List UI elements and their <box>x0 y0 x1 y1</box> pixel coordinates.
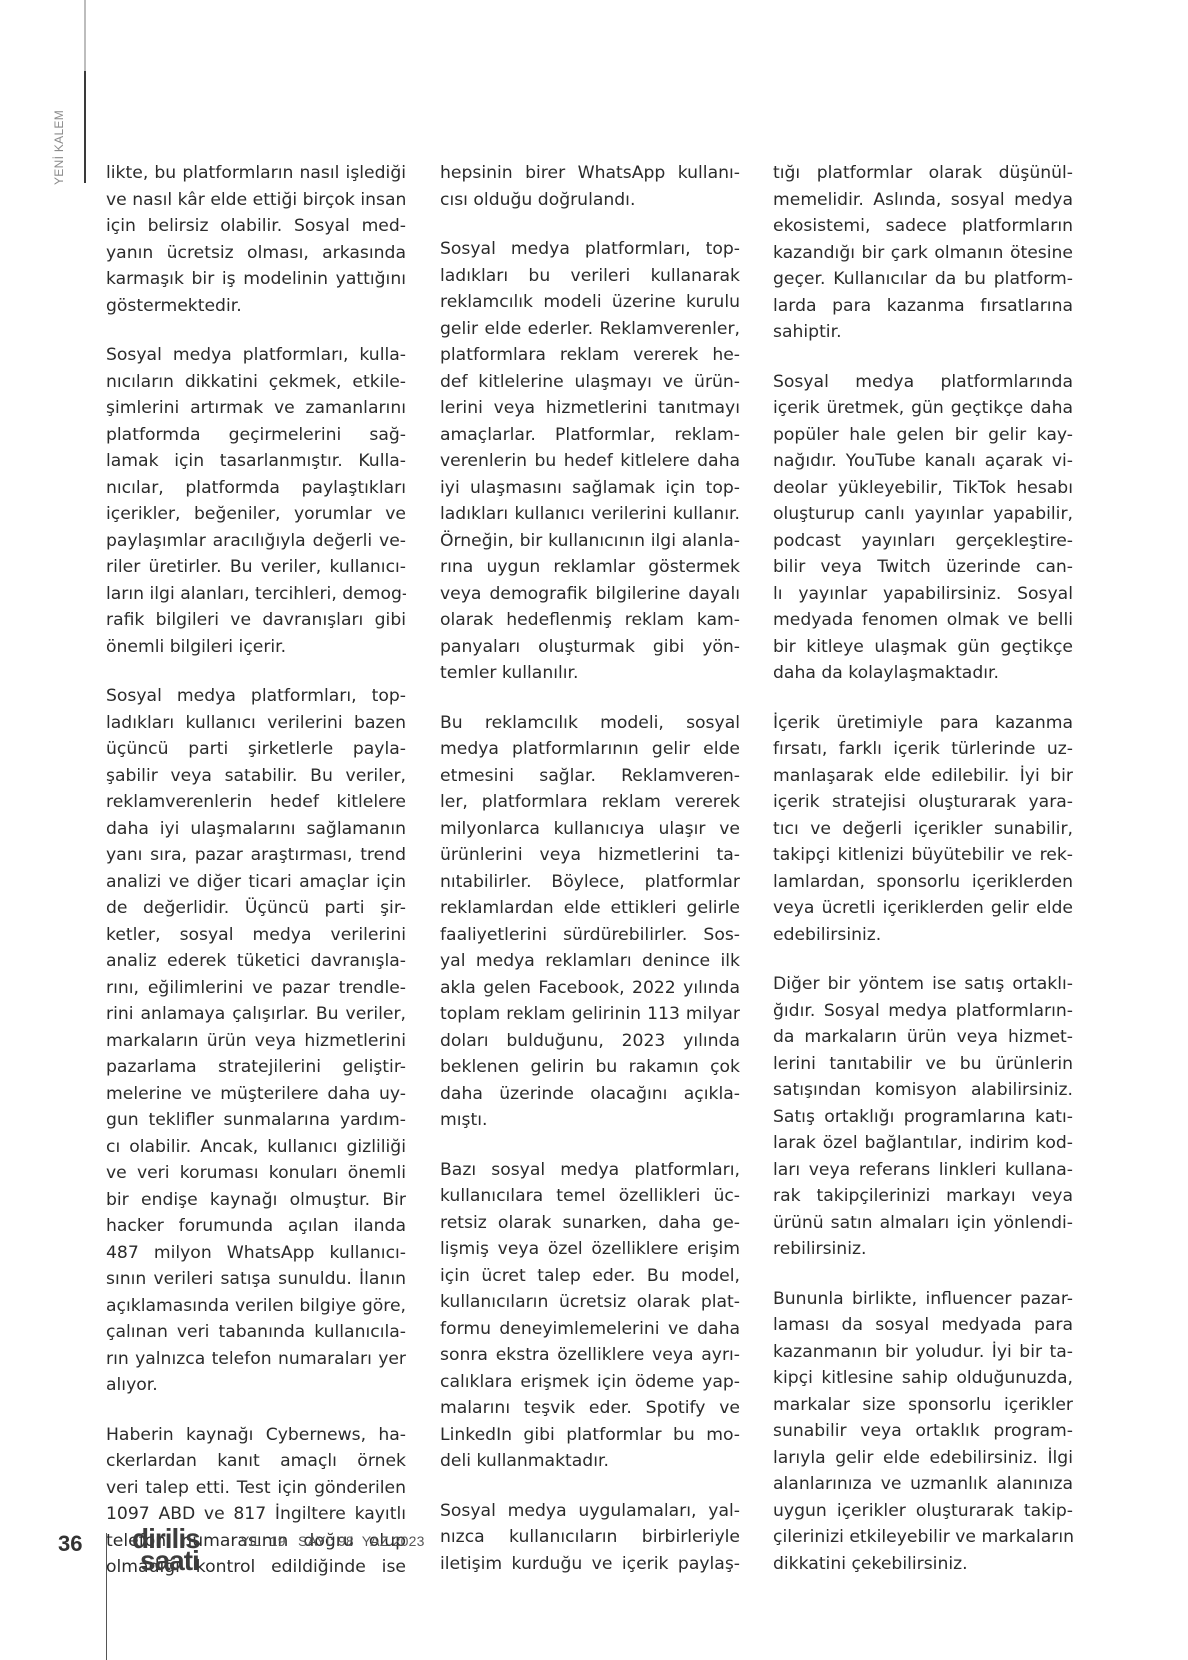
text-line: nızca kullanıcıların birbirleriyle <box>440 1524 740 1551</box>
text-line: larda para kazanma fırsatlarına <box>773 293 1073 320</box>
text-line: sonra ekstra özelliklere veya ayrı- <box>440 1342 740 1369</box>
text-line: markaların ürün veya hizmetlerini <box>106 1028 406 1055</box>
text-line: ürünü satın almaları için yönlendi- <box>773 1210 1073 1237</box>
text-line: için belirsiz olabilir. Sosyal med- <box>106 213 406 240</box>
text-line: sunabilir veya ortaklık program- <box>773 1418 1073 1445</box>
text-line: alıyor. <box>106 1372 406 1399</box>
text-line: deli kullanmaktadır. <box>440 1448 740 1475</box>
magazine-logo: dirilis saati <box>132 1528 200 1572</box>
paragraph: Bununla birlikte, influencer pazar-lamas… <box>773 1286 1073 1578</box>
text-line: içerikler, beğeniler, yorumlar ve <box>106 501 406 528</box>
text-line: beklenen gelirin bu rakamın çok <box>440 1054 740 1081</box>
text-line: üçüncü parti şirketlerle payla- <box>106 736 406 763</box>
section-label: YENİ KALEM <box>52 85 72 185</box>
text-line: platformda geçirmelerini sağ- <box>106 422 406 449</box>
text-line: ğıdır. Sosyal medya platformların- <box>773 998 1073 1025</box>
top-rule-light <box>84 0 86 71</box>
text-line: def kitlelerine ulaşmayı ve ürün- <box>440 369 740 396</box>
text-line: laması da sosyal medyada para <box>773 1312 1073 1339</box>
text-line: hepsinin birer WhatsApp kullanı- <box>440 160 740 187</box>
text-line: şimlerini artırmak ve zamanlarını <box>106 395 406 422</box>
text-line: geçer. Kullanıcılar da bu platform- <box>773 266 1073 293</box>
text-line: içerik stratejisi oluşturarak yara- <box>773 789 1073 816</box>
text-line: larıyla gelir elde edebilirsiniz. İlgi <box>773 1445 1073 1472</box>
text-line: ve veri koruması konuları önemli <box>106 1160 406 1187</box>
text-line: amaçlarlar. Platformlar, reklam- <box>440 422 740 449</box>
paragraph: Sosyal medya platformları, top-ladıkları… <box>106 683 406 1399</box>
text-line: etmesini sağlar. Reklamveren- <box>440 763 740 790</box>
text-line: daha da kolaylaşmaktadır. <box>773 660 1073 687</box>
text-line: önemli bilgileri içerir. <box>106 634 406 661</box>
text-line: lamak için tasarlanmıştır. Kulla- <box>106 448 406 475</box>
text-line: rına uygun reklamlar göstermek <box>440 554 740 581</box>
text-line: ürünlerini veya hizmetlerini ta- <box>440 842 740 869</box>
text-line: doları bulduğunu, 2023 yılında <box>440 1028 740 1055</box>
text-line: Sosyal medya platformları, kulla- <box>106 342 406 369</box>
text-line: yal medya reklamları denince ilk <box>440 948 740 975</box>
text-line: ketler, sosyal medya verilerini <box>106 922 406 949</box>
text-line: malarını teşvik eder. Spotify ve <box>440 1395 740 1422</box>
text-line: formu deneyimlemelerini ve daha <box>440 1316 740 1343</box>
text-line: verenlerin bu hedef kitlelere daha <box>440 448 740 475</box>
text-line: toplam reklam gelirinin 113 milyar <box>440 1001 740 1028</box>
text-line: ladıkları kullanıcı verilerini bazen <box>106 710 406 737</box>
text-line: temler kullanılır. <box>440 660 740 687</box>
text-line: ler, platformlara reklam vererek <box>440 789 740 816</box>
text-line: rın yalnızca telefon numaraları yer <box>106 1346 406 1373</box>
text-line: cı olabilir. Ancak, kullanıcı gizliliği <box>106 1134 406 1161</box>
text-line: paylaşımlar aracılığıyla değerli ve- <box>106 528 406 555</box>
text-line: dikkatini çekebilirsiniz. <box>773 1551 1073 1578</box>
text-line: tıcı ve değerli içerikler sunabilir, <box>773 816 1073 843</box>
paragraph: Sosyal medya platformlarındaiçerik üretm… <box>773 369 1073 687</box>
text-line: cısı olduğu doğrulandı. <box>440 187 740 214</box>
text-line: lerini veya hizmetlerini tanıtmayı <box>440 395 740 422</box>
text-line: uygun içerikler oluşturarak takip- <box>773 1498 1073 1525</box>
text-line: alanlarınıza ve uzmanlık alanınıza <box>773 1471 1073 1498</box>
text-line: platformlara reklam vererek he- <box>440 342 740 369</box>
text-line: rafik bilgileri ve davranışları gibi <box>106 607 406 634</box>
text-line: rebilirsiniz. <box>773 1236 1073 1263</box>
paragraph: hepsinin birer WhatsApp kullanı-cısı old… <box>440 160 740 213</box>
text-line: rak takipçilerinizi markayı veya <box>773 1183 1073 1210</box>
text-line: rını, eğilimlerini ve pazar trendle- <box>106 975 406 1002</box>
text-line: olarak hedeflenmiş reklam kam- <box>440 607 740 634</box>
text-line: veya demografik bilgilerine dayalı <box>440 581 740 608</box>
text-line: Bu reklamcılık modeli, sosyal <box>440 710 740 737</box>
text-line: Sosyal medya platformları, top- <box>440 236 740 263</box>
text-line: ların ilgi alanları, tercihleri, demog- <box>106 581 406 608</box>
paragraph: Bazı sosyal medya platformları,kullanıcı… <box>440 1157 740 1475</box>
text-line: yanı sıra, pazar araştırması, trend <box>106 842 406 869</box>
text-line: Haberin kaynağı Cybernews, ha- <box>106 1422 406 1449</box>
text-line: nağıdır. YouTube kanalı açarak vi- <box>773 448 1073 475</box>
text-line: Satış ortaklığı programlarına katı- <box>773 1104 1073 1131</box>
text-line: likte, bu platformların nasıl işlediği <box>106 160 406 187</box>
text-line: nıcılar, platformda paylaştıkları <box>106 475 406 502</box>
text-line: ve nasıl kâr elde ettiği birçok insan <box>106 187 406 214</box>
text-line: ladıkları bu verileri kullanarak <box>440 263 740 290</box>
text-line: analiz ederek tüketici davranışla- <box>106 948 406 975</box>
text-line: daha iyi ulaşmalarını sağlamanın <box>106 816 406 843</box>
text-line: retsiz olarak sunarken, daha ge- <box>440 1210 740 1237</box>
paragraph: Diğer bir yöntem ise satış ortaklı-ğıdır… <box>773 971 1073 1263</box>
text-line: İçerik üretimiyle para kazanma <box>773 710 1073 737</box>
paragraph: Sosyal medya uygulamaları, yal-nızca kul… <box>440 1498 740 1578</box>
text-line: iyi ulaşmasını sağlamak için top- <box>440 475 740 502</box>
paragraph: Sosyal medya platformları, top-ladıkları… <box>440 236 740 687</box>
text-line: popüler hale gelen bir gelir kay- <box>773 422 1073 449</box>
text-line: reklamlardan elde ettikleri gelirle <box>440 895 740 922</box>
text-line: kazanmanın bir yoludur. İyi bir ta- <box>773 1339 1073 1366</box>
text-line: gun teklifler sunmalarına yardım- <box>106 1107 406 1134</box>
text-line: sahiptir. <box>773 319 1073 346</box>
text-line: lişmiş veya özel özelliklere erişim <box>440 1236 740 1263</box>
text-line: calıklara erişmek için ödeme yap- <box>440 1369 740 1396</box>
text-line: tığı platformlar olarak düşünül- <box>773 160 1073 187</box>
text-line: lamlardan, sponsorlu içeriklerden <box>773 869 1073 896</box>
text-line: lı yayınlar yapabilirsiniz. Sosyal <box>773 581 1073 608</box>
paragraph: İçerik üretimiyle para kazanmafırsatı, f… <box>773 710 1073 949</box>
text-line: medya platformlarının gelir elde <box>440 736 740 763</box>
paragraph: likte, bu platformların nasıl işlediğive… <box>106 160 406 319</box>
text-line: ladıkları kullanıcı verilerini kullanır. <box>440 501 740 528</box>
text-line: iletişim kurduğu ve içerik paylaş- <box>440 1551 740 1578</box>
text-line: ları veya referans linkleri kullana- <box>773 1157 1073 1184</box>
text-line: melerine ve müşterilere daha uy- <box>106 1081 406 1108</box>
text-line: larak özel bağlantılar, indirim kod- <box>773 1130 1073 1157</box>
text-line: fırsatı, farklı içerik türlerinde uz- <box>773 736 1073 763</box>
text-line: Sosyal medya uygulamaları, yal- <box>440 1498 740 1525</box>
text-line: panyaları oluşturmak gibi yön- <box>440 634 740 661</box>
paragraph: Bu reklamcılık modeli, sosyalmedya platf… <box>440 710 740 1134</box>
text-line: yanın ücretsiz olması, arkasında <box>106 240 406 267</box>
top-rule-dark <box>84 71 86 183</box>
text-line: ekosistemi, sadece platformların <box>773 213 1073 240</box>
text-line: kullanıcılara temel özellikleri üc- <box>440 1183 740 1210</box>
text-line: akla gelen Facebook, 2022 yılında <box>440 975 740 1002</box>
text-line: manlaşarak elde edilebilir. İyi bir <box>773 763 1073 790</box>
text-line: bir kitleye ulaşmak gün geçtikçe <box>773 634 1073 661</box>
footer-rule <box>106 1533 107 1660</box>
page-number: 36 <box>58 1531 82 1557</box>
text-line: riler üretirler. Bu veriler, kullanıcı- <box>106 554 406 581</box>
text-line: milyonlarca kullanıcıya ulaşır ve <box>440 816 740 843</box>
text-line: bir endişe kaynağı olmuştur. Bir <box>106 1187 406 1214</box>
text-line: nıtabilirler. Böylece, platformlar <box>440 869 740 896</box>
text-line: Diğer bir yöntem ise satış ortaklı- <box>773 971 1073 998</box>
text-line: deolar yükleyebilir, TikTok hesabı <box>773 475 1073 502</box>
text-line: ckerlardan kanıt amaçlı örnek <box>106 1448 406 1475</box>
text-line: veya ücretli içeriklerden gelir elde <box>773 895 1073 922</box>
text-line: markalar size sponsorlu içerikler <box>773 1392 1073 1419</box>
text-line: gelir elde ederler. Reklamverenler, <box>440 316 740 343</box>
text-line: bilir veya Twitch üzerinde can- <box>773 554 1073 581</box>
text-line: da markaların ürün veya hizmet- <box>773 1024 1073 1051</box>
text-line: çilerinizi etkileyebilir ve markaların <box>773 1524 1073 1551</box>
text-line: rini anlamaya çalışırlar. Bu veriler, <box>106 1001 406 1028</box>
text-line: de değerlidir. Üçüncü parti şir- <box>106 895 406 922</box>
text-line: Örneğin, bir kullanıcının ilgi alanla- <box>440 528 740 555</box>
text-line: Bazı sosyal medya platformları, <box>440 1157 740 1184</box>
text-line: kipçi kitlesine sahip olduğunuzda, <box>773 1365 1073 1392</box>
text-line: daha üzerinde olacağını açıkla- <box>440 1081 740 1108</box>
text-line: içerik üretmek, gün geçtikçe daha <box>773 395 1073 422</box>
text-line: kazandığı bir çark olmanın ötesine <box>773 240 1073 267</box>
text-line: podcast yayınları gerçekleştire- <box>773 528 1073 555</box>
text-line: Bununla birlikte, influencer pazar- <box>773 1286 1073 1313</box>
text-line: pazarlama stratejilerini geliştir- <box>106 1054 406 1081</box>
text-line: veri talep etti. Test için gönderilen <box>106 1475 406 1502</box>
text-line: edebilirsiniz. <box>773 922 1073 949</box>
text-line: açıklamasında verilen bilgiye göre, <box>106 1293 406 1320</box>
text-line: kullanıcıların ücretsiz olarak plat- <box>440 1289 740 1316</box>
text-column-2: hepsinin birer WhatsApp kullanı-cısı old… <box>440 160 740 1600</box>
paragraph: Sosyal medya platformları, kulla-nıcılar… <box>106 342 406 660</box>
text-line: çalınan veri tabanında kullanıcıla- <box>106 1319 406 1346</box>
text-line: oluşturup canlı yayınlar yapabilir, <box>773 501 1073 528</box>
text-line: 487 milyon WhatsApp kullanıcı- <box>106 1240 406 1267</box>
text-line: takipçi kitlenizi büyütebilir ve rek- <box>773 842 1073 869</box>
text-line: Sosyal medya platformları, top- <box>106 683 406 710</box>
text-line: karmaşık bir iş modelinin yattığını <box>106 266 406 293</box>
text-line: medyada fenomen olmak ve belli <box>773 607 1073 634</box>
text-line: satışından komisyon alabilirsiniz. <box>773 1077 1073 1104</box>
text-line: mıştı. <box>440 1107 740 1134</box>
text-line: göstermektedir. <box>106 293 406 320</box>
text-line: nıcıların dikkatini çekmek, etkile- <box>106 369 406 396</box>
text-column-1: likte, bu platformların nasıl işlediğive… <box>106 160 406 1604</box>
text-line: faaliyetlerini sürdürebilirler. Sos- <box>440 922 740 949</box>
text-line: reklamverenlerin hedef kitlelere <box>106 789 406 816</box>
paragraph: tığı platformlar olarak düşünül-memelidi… <box>773 160 1073 346</box>
text-line: lerini tanıtabilir ve bu ürünlerin <box>773 1051 1073 1078</box>
text-line: için ücret talep eder. Bu model, <box>440 1263 740 1290</box>
logo-line-2: saati <box>140 1550 200 1572</box>
text-line: memelidir. Aslında, sosyal medya <box>773 187 1073 214</box>
text-column-3: tığı platformlar olarak düşünül-memelidi… <box>773 160 1073 1600</box>
issue-info: YIL: 19 SAYI: 98 YAZ 2023 <box>240 1533 425 1549</box>
text-line: hacker forumunda açılan ilanda <box>106 1213 406 1240</box>
text-line: Sosyal medya platformlarında <box>773 369 1073 396</box>
text-line: analizi ve diğer ticari amaçlar için <box>106 869 406 896</box>
text-line: LinkedIn gibi platformlar bu mo- <box>440 1422 740 1449</box>
text-line: şabilir veya satabilir. Bu veriler, <box>106 763 406 790</box>
text-line: reklamcılık modeli üzerine kurulu <box>440 289 740 316</box>
text-line: sının verileri satışa sunuldu. İlanın <box>106 1266 406 1293</box>
